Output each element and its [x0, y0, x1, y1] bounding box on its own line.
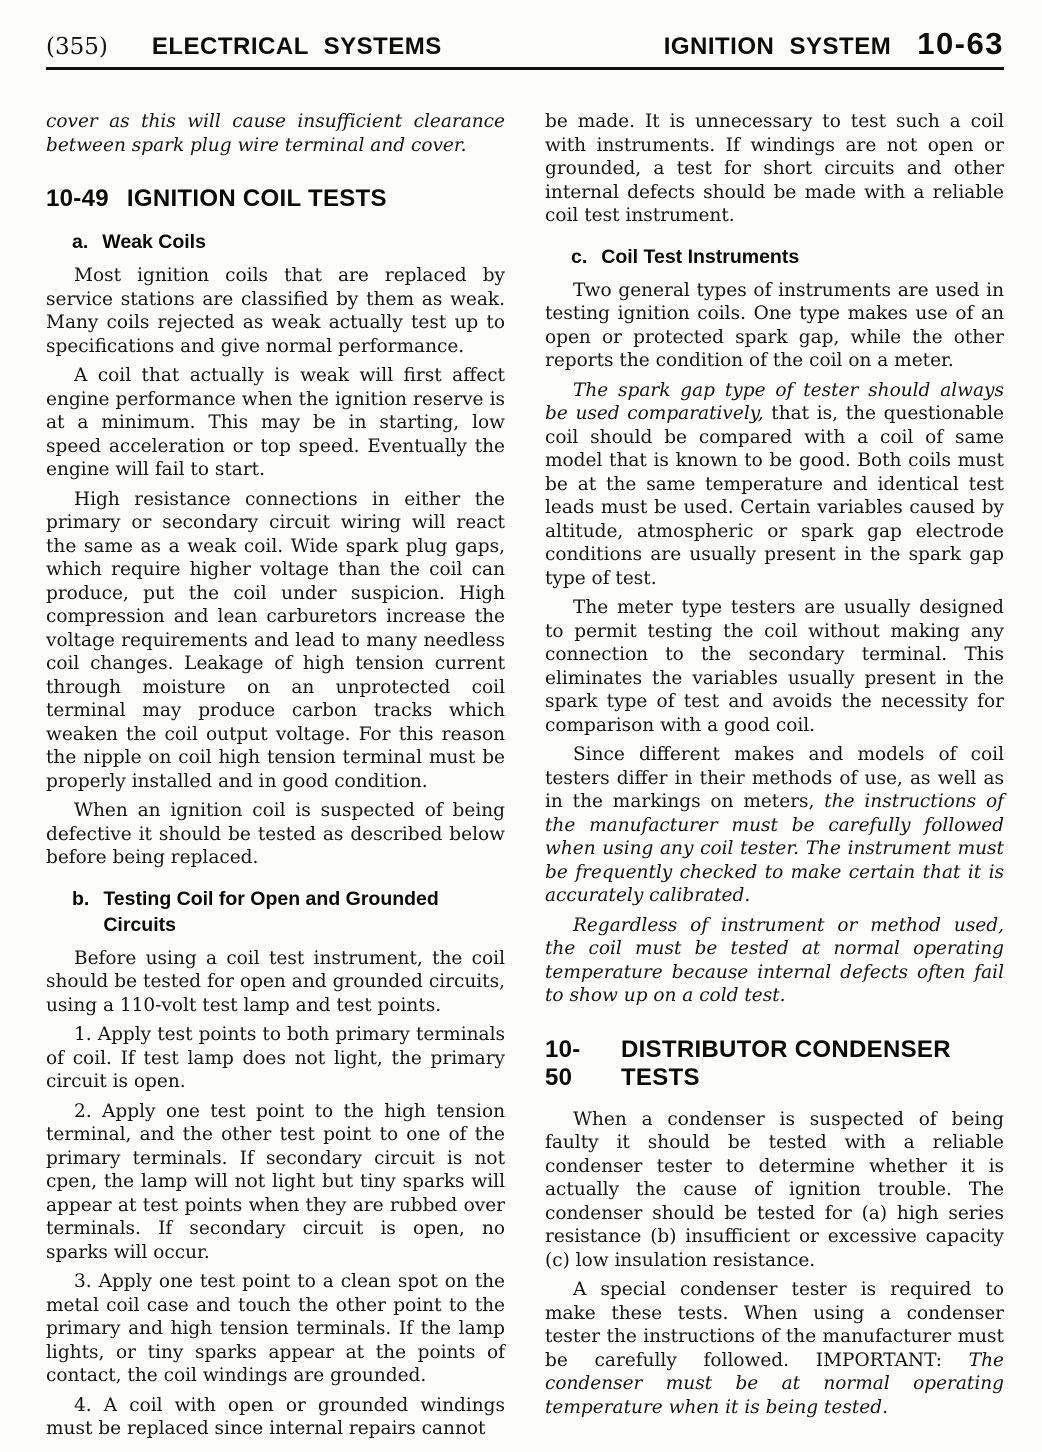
subsection-heading: c.Coil Test Instruments	[545, 244, 1004, 270]
subsection-heading: b.Testing Coil for Open and Grounded Cir…	[46, 886, 505, 938]
right-column: be made. It is unnecessary to test such …	[545, 110, 1004, 1447]
text-segment: 2. Apply one test point to the high tens…	[46, 1101, 505, 1263]
text-segment: that is, the questionable coil should be…	[545, 403, 1004, 589]
text-segment: be made. It is unnecessary to test such …	[545, 111, 1004, 226]
paragraph: 4. A coil with open or grounded windings…	[46, 1394, 505, 1441]
text-segment: A special condenser tester is required t…	[545, 1279, 1004, 1371]
subsection-title-text: Weak Coils	[102, 229, 206, 255]
paragraph: High resistance connections in either th…	[46, 488, 505, 794]
page-header: (355) ELECTRICAL SYSTEMS IGNITION SYSTEM…	[46, 26, 1004, 70]
paragraph: Before using a coil test instrument, the…	[46, 947, 505, 1018]
text-segment: 3. Apply one test point to a clean spot …	[46, 1271, 505, 1386]
paragraph: be made. It is unnecessary to test such …	[545, 110, 1004, 228]
paragraph: Since different makes and models of coil…	[545, 743, 1004, 908]
text-segment: Two general types of instruments are use…	[545, 280, 1004, 372]
text-segment: The meter type testers are usually desig…	[545, 597, 1004, 736]
text-segment: When a condenser is suspected of being f…	[545, 1109, 1004, 1271]
section-heading-text: DISTRIBUTOR CONDENSER TESTS	[621, 1036, 1004, 1092]
text-segment: 1. Apply test points to both primary ter…	[46, 1024, 505, 1092]
manual-page: (355) ELECTRICAL SYSTEMS IGNITION SYSTEM…	[0, 0, 1042, 1452]
subsection-heading: a.Weak Coils	[46, 229, 505, 255]
paragraph: cover as this will cause insufficient cl…	[46, 110, 505, 157]
text-segment: High resistance connections in either th…	[46, 489, 505, 792]
chapter-title: IGNITION SYSTEM	[664, 33, 892, 61]
paragraph: The meter type testers are usually desig…	[545, 596, 1004, 737]
subsection-letter: a.	[72, 229, 88, 255]
paragraph: Most ignition coils that are replaced by…	[46, 264, 505, 358]
section-title: ELECTRICAL SYSTEMS	[152, 33, 442, 61]
paragraph: The spark gap type of tester should alwa…	[545, 379, 1004, 591]
subsection-letter: c.	[571, 244, 587, 270]
two-column-layout: cover as this will cause insufficient cl…	[46, 110, 1004, 1447]
text-segment: 4. A coil with open or grounded windings…	[46, 1395, 505, 1440]
text-segment: When an ignition coil is suspected of be…	[46, 800, 505, 868]
left-column: cover as this will cause insufficient cl…	[46, 110, 505, 1447]
paragraph: Regardless of instrument or method used,…	[545, 914, 1004, 1008]
subsection-title-text: Testing Coil for Open and Grounded Circu…	[103, 886, 455, 938]
paragraph: 1. Apply test points to both primary ter…	[46, 1023, 505, 1094]
paragraph: A coil that actually is weak will first …	[46, 364, 505, 482]
header-left: (355) ELECTRICAL SYSTEMS	[46, 33, 442, 61]
paragraph: 2. Apply one test point to the high tens…	[46, 1100, 505, 1265]
page-number: (355)	[46, 34, 108, 60]
paragraph: When an ignition coil is suspected of be…	[46, 799, 505, 870]
page-code: 10-63	[917, 26, 1004, 62]
paragraph: A special condenser tester is required t…	[545, 1278, 1004, 1419]
text-segment: Most ignition coils that are replaced by…	[46, 265, 505, 357]
subsection-letter: b.	[72, 886, 89, 938]
text-segment: A coil that actually is weak will first …	[46, 365, 505, 480]
section-heading-text: IGNITION COIL TESTS	[127, 185, 387, 213]
paragraph: When a condenser is suspected of being f…	[545, 1108, 1004, 1273]
text-segment: cover as this will cause insufficient cl…	[46, 111, 505, 156]
paragraph: 3. Apply one test point to a clean spot …	[46, 1270, 505, 1388]
section-number: 10-50	[545, 1036, 603, 1092]
section-heading: 10-50DISTRIBUTOR CONDENSER TESTS	[545, 1036, 1004, 1092]
header-right: IGNITION SYSTEM 10-63	[664, 26, 1004, 62]
paragraph: Two general types of instruments are use…	[545, 279, 1004, 373]
subsection-title-text: Coil Test Instruments	[601, 244, 799, 270]
text-segment: Regardless of instrument or method used,…	[545, 915, 1004, 1007]
section-heading: 10-49IGNITION COIL TESTS	[46, 185, 505, 213]
text-segment: Before using a coil test instrument, the…	[46, 948, 505, 1016]
section-number: 10-49	[46, 185, 109, 213]
